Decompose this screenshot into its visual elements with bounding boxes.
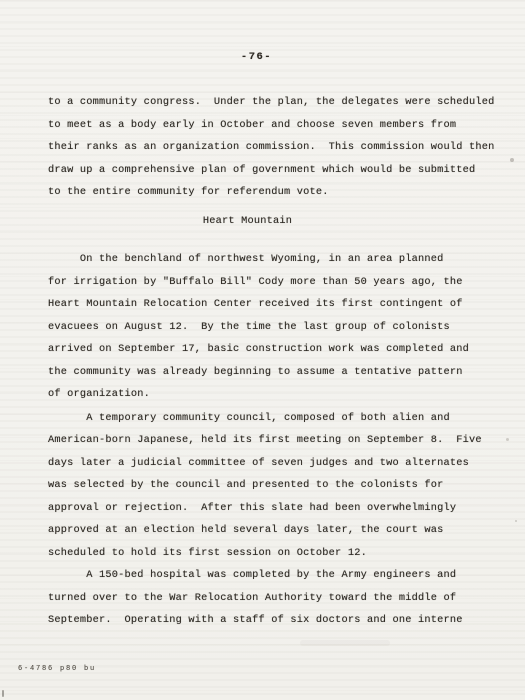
text-line: A temporary community council, composed … <box>48 407 498 430</box>
scan-smudge <box>300 640 390 646</box>
paragraph-community-congress: to a community congress. Under the plan,… <box>48 91 498 204</box>
text-line: A 150-bed hospital was completed by the … <box>48 564 498 587</box>
text-line: was selected by the council and presente… <box>48 474 498 497</box>
text-line: Heart Mountain Relocation Center receive… <box>48 293 498 316</box>
text-line: approved at an election held several day… <box>48 519 498 542</box>
document-body: to a community congress. Under the plan,… <box>48 91 498 632</box>
footer-print-code: 6-4786 p80 bu <box>18 665 96 673</box>
text-line: turned over to the War Relocation Author… <box>48 587 498 610</box>
text-line: On the benchland of northwest Wyoming, i… <box>48 248 498 271</box>
text-line: scheduled to hold its first session on O… <box>48 542 498 565</box>
page-number: -76- <box>0 50 519 64</box>
text-line: for irrigation by "Buffalo Bill" Cody mo… <box>48 271 498 294</box>
text-line: days later a judicial committee of seven… <box>48 452 498 475</box>
text-line: their ranks as an organization commissio… <box>48 136 498 159</box>
scan-speck <box>506 438 509 441</box>
paragraph-benchland: On the benchland of northwest Wyoming, i… <box>48 248 498 406</box>
text-line: to the entire community for referendum v… <box>48 181 498 204</box>
text-line: American-born Japanese, held its first m… <box>48 429 498 452</box>
scan-artifact-mark <box>2 690 4 697</box>
text-line: evacuees on August 12. By the time the l… <box>48 316 498 339</box>
paragraph-community-council: A temporary community council, composed … <box>48 407 498 565</box>
scan-speck <box>510 158 514 162</box>
text-line: to meet as a body early in October and c… <box>48 114 498 137</box>
text-line: approval or rejection. After this slate … <box>48 497 498 520</box>
scanned-document-page: -76- to a community congress. Under the … <box>0 0 525 700</box>
paragraph-hospital: A 150-bed hospital was completed by the … <box>48 564 498 632</box>
text-line: draw up a comprehensive plan of governme… <box>48 159 498 182</box>
text-line: the community was already beginning to a… <box>48 361 498 384</box>
text-line: September. Operating with a staff of six… <box>48 609 498 632</box>
text-line: of organization. <box>48 383 498 406</box>
scan-speck <box>515 520 517 522</box>
text-line: to a community congress. Under the plan,… <box>48 91 498 114</box>
section-heading: Heart Mountain <box>31 210 464 233</box>
text-line: arrived on September 17, basic construct… <box>48 338 498 361</box>
